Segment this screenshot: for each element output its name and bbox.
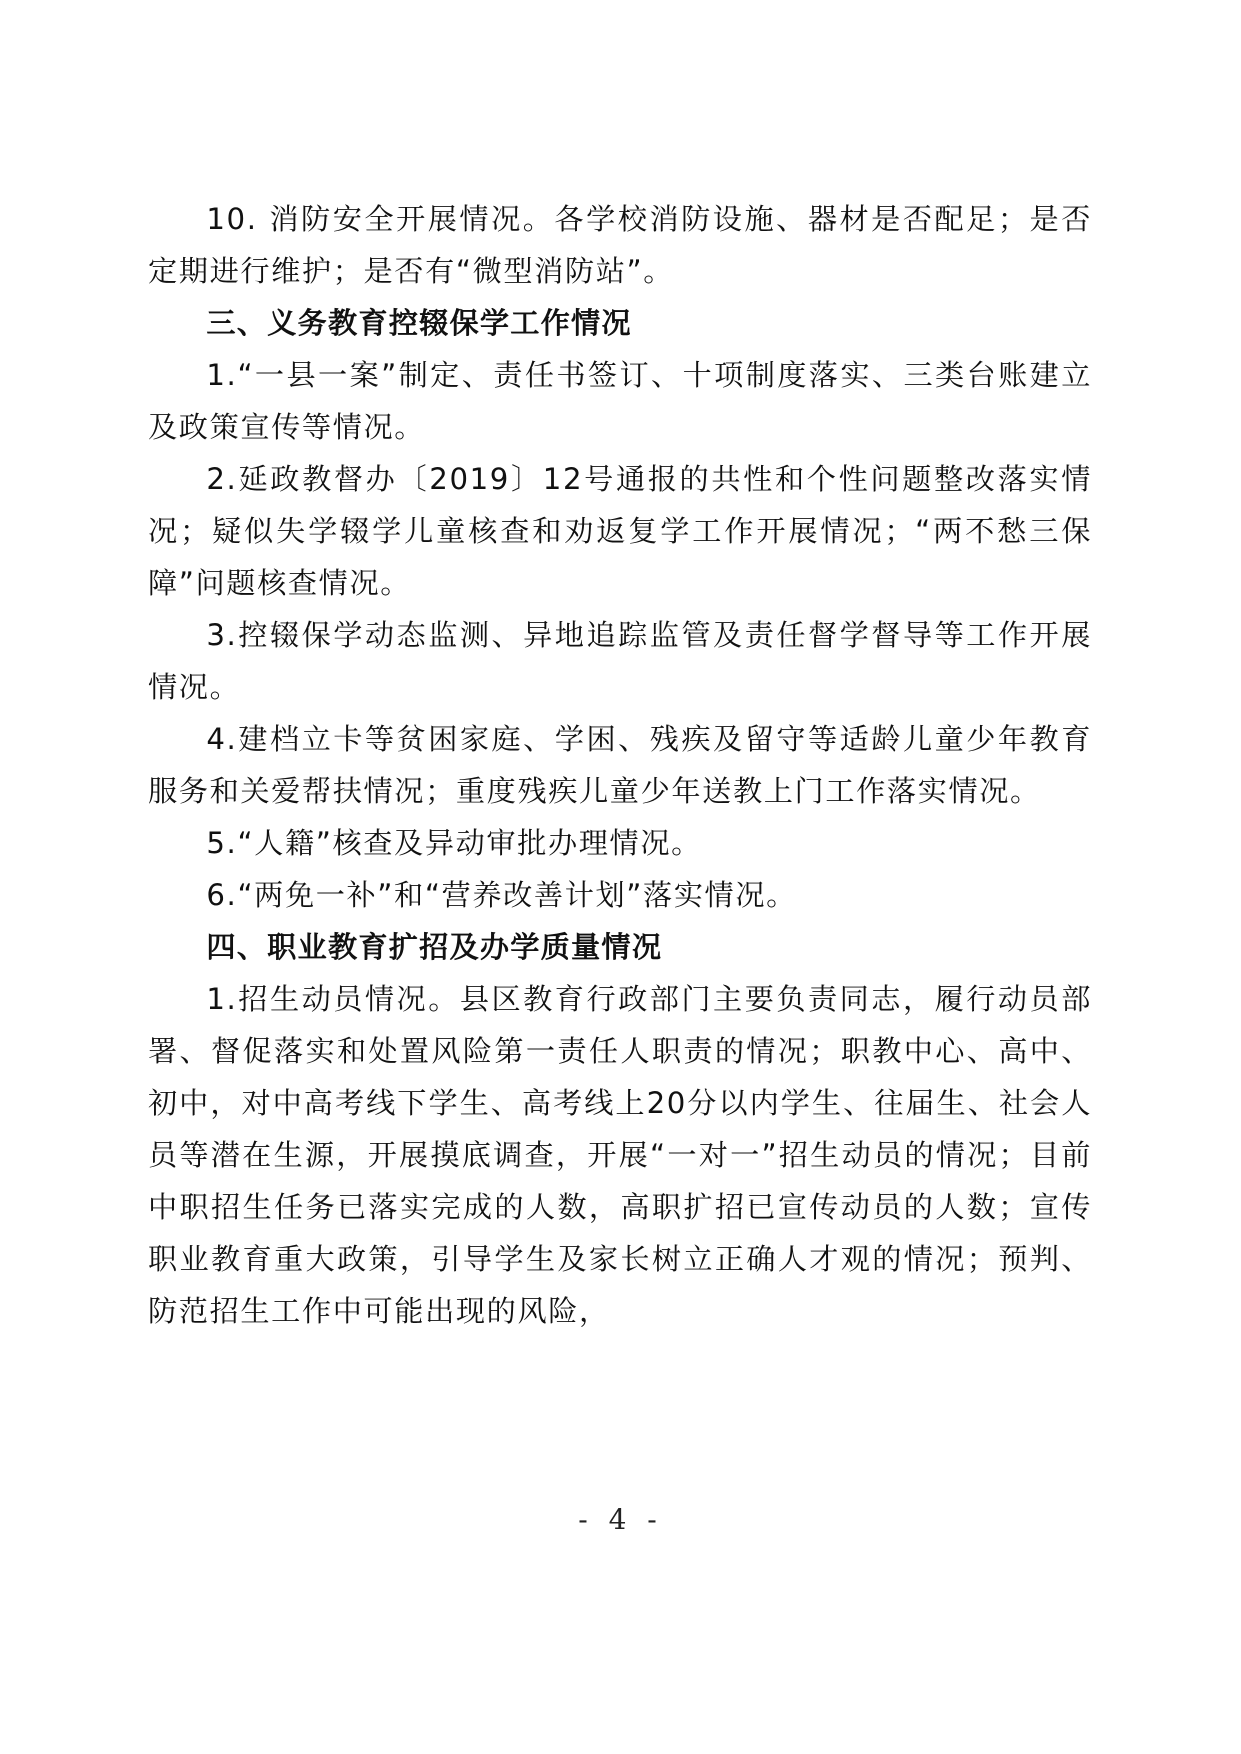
document-page: 10. 消防安全开展情况。各学校消防设施、器材是否配足；是否定期进行维护；是否有… (0, 0, 1241, 1754)
paragraph-item-1-enrollment-mobilization: 1.招生动员情况。县区教育行政部门主要负责同志，履行动员部署、督促落实和处置风险… (148, 973, 1092, 1337)
paragraph-item-3-dynamic-monitoring: 3.控辍保学动态监测、异地追踪监管及责任督学督导等工作开展情况。 (148, 609, 1092, 713)
paragraph-item-1-one-county-one-plan: 1.“一县一案”制定、责任书签订、十项制度落实、三类台账建立及政策宣传等情况。 (148, 349, 1092, 453)
paragraph-item-5-enrollment-check: 5.“人籍”核查及异动审批办理情况。 (148, 817, 1092, 869)
paragraph-item-2-rectification: 2.延政教督办〔2019〕12号通报的共性和个性问题整改落实情况；疑似失学辍学儿… (148, 453, 1092, 609)
paragraph-item-4-support-services: 4.建档立卡等贫困家庭、学困、残疾及留守等适龄儿童少年教育服务和关爱帮扶情况；重… (148, 713, 1092, 817)
paragraph-item-6-subsidies: 6.“两免一补”和“营养改善计划”落实情况。 (148, 869, 1092, 921)
page-number: - 4 - (0, 1500, 1241, 1540)
section-heading-compulsory-education: 三、义务教育控辍保学工作情况 (148, 297, 1092, 349)
section-heading-vocational-education: 四、职业教育扩招及办学质量情况 (148, 921, 1092, 973)
document-body: 10. 消防安全开展情况。各学校消防设施、器材是否配足；是否定期进行维护；是否有… (148, 193, 1092, 1337)
paragraph-fire-safety: 10. 消防安全开展情况。各学校消防设施、器材是否配足；是否定期进行维护；是否有… (148, 193, 1092, 297)
